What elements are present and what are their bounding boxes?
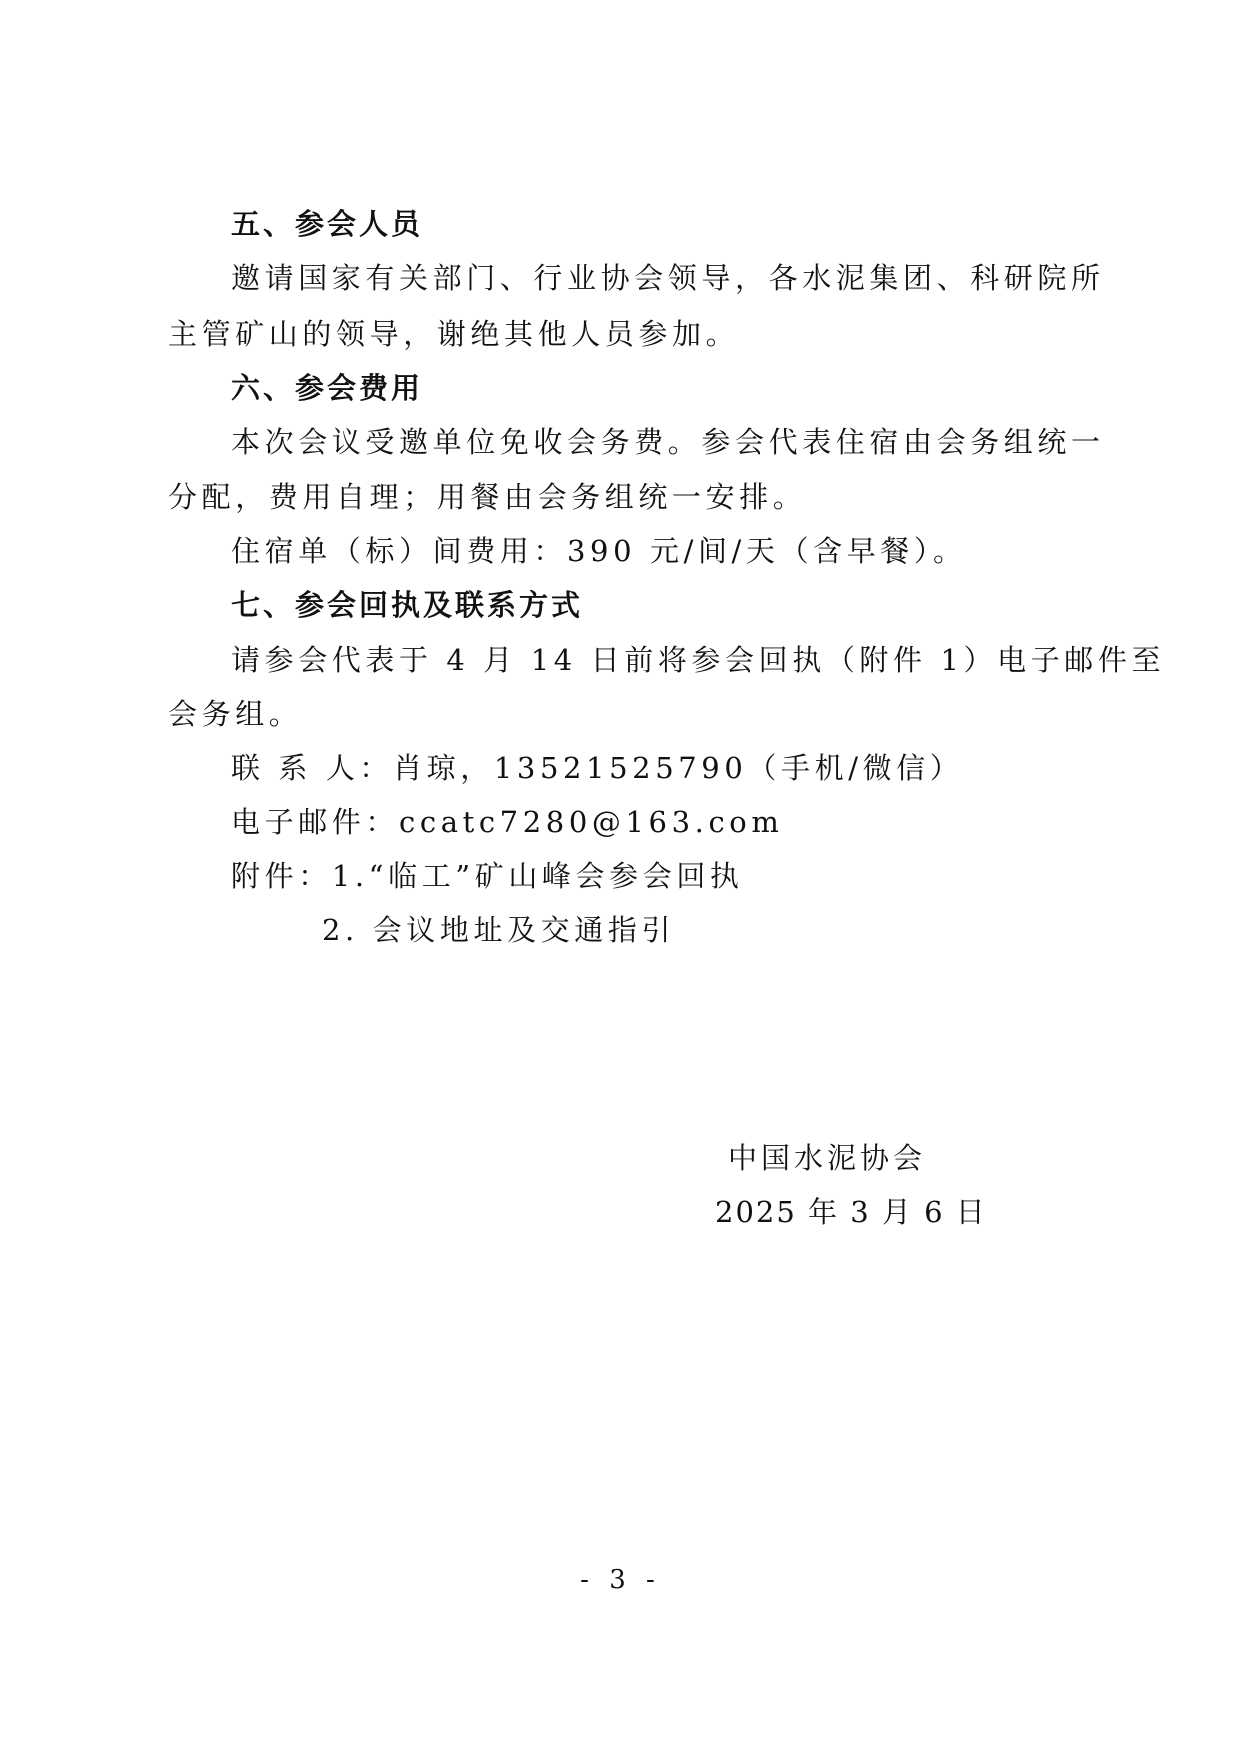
section-heading-fees: 六、参会费用 [231,368,423,408]
contact-email-row: 电子邮件：ccatc7280@163.com [231,802,783,842]
section-heading-rsvp-contact: 七、参会回执及联系方式 [231,585,583,625]
attachment-item-1: 1.“临工”矿山峰会参会回执 [332,859,744,893]
section-heading-attendees: 五、参会人员 [231,204,423,244]
attachment-item-2: 2. 会议地址及交通指引 [322,910,675,950]
paragraph-line: 本次会议受邀单位免收会务费。参会代表住宿由会务组统一 [231,422,1081,462]
contact-person-label: 联 系 人： [231,751,393,785]
paragraph-line: 主管矿山的领导，谢绝其他人员参加。 [168,314,739,354]
contact-person-value: 肖琼，13521525790（手机/微信） [393,751,963,785]
paragraph-line: 请参会代表于 4 月 14 日前将参会回执（附件 1）电子邮件至 [231,640,1081,680]
signature-organization: 中国水泥协会 [728,1138,926,1178]
contact-email-label: 电子邮件： [231,805,399,839]
signature-date: 2025 年 3 月 6 日 [715,1192,987,1232]
paragraph-line: 会务组。 [168,694,302,734]
contact-email-value[interactable]: ccatc7280@163.com [399,805,783,839]
paragraph-line-room-rate: 住宿单（标）间费用：390 元/间/天（含早餐）。 [231,531,967,571]
attachments-label: 附件： [231,859,332,893]
document-page: 五、参会人员 邀请国家有关部门、行业协会领导，各水泥集团、科研院所 主管矿山的领… [0,0,1241,1754]
paragraph-line: 分配，费用自理；用餐由会务组统一安排。 [168,477,806,517]
paragraph-line: 邀请国家有关部门、行业协会领导，各水泥集团、科研院所 [231,258,1081,298]
page-number: - 3 - [0,1563,1241,1597]
attachments-row: 附件：1.“临工”矿山峰会参会回执 [231,856,744,896]
contact-person-row: 联 系 人：肖琼，13521525790（手机/微信） [231,748,963,788]
